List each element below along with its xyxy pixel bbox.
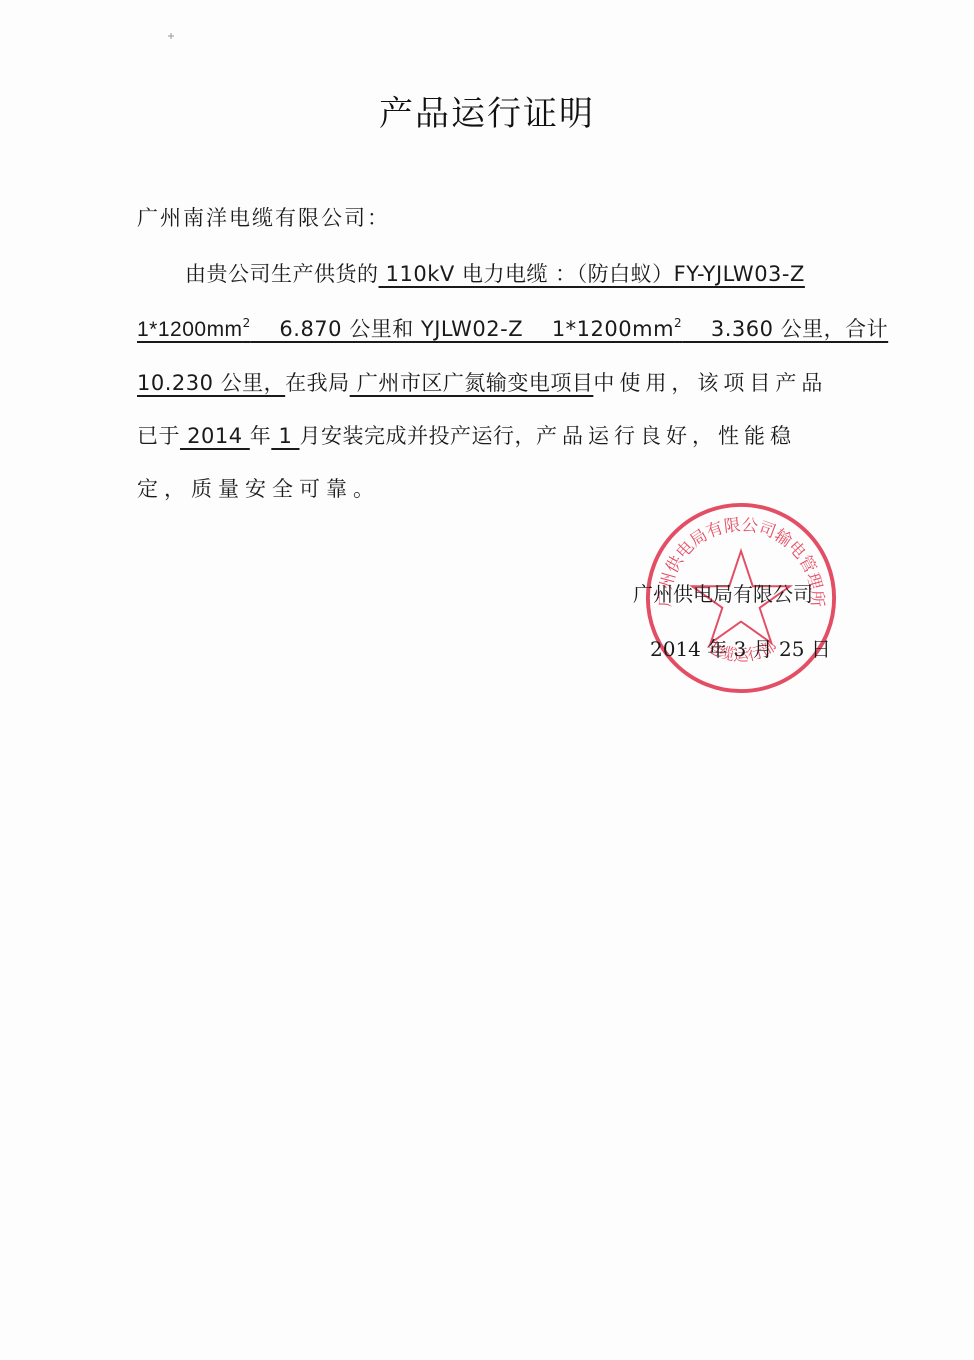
spec-size: 1*1200mm [137,318,243,341]
product-spec: 110kV 电力电缆 ：（防白蚁）FY-YJLW03-Z [379,262,805,286]
superscript: 2 [243,316,251,330]
body-text: 年 [250,424,272,448]
salutation: 广州南洋电缆有限公司： [137,202,390,232]
product-spec-2: 1*1200mm2 6.870 公里和 YJLW02-Z 1*1200mm2 3… [137,317,888,341]
install-year: 2014 [180,424,250,448]
body-text: 中使用，该项目产品 [593,371,827,395]
spec-length: 6.870 公里和 YJLW02-Z 1*1200mm [251,317,674,341]
body-line-5: 定，质量安全可靠。 [137,473,380,503]
document-title: 产品运行证明 [0,86,974,135]
body-line-3: 10.230 公里，在我局 广州市区广氮输变电项目中使用，该项目产品 [137,367,827,397]
total-length: 10.230 公里， [137,371,285,395]
install-month: 1 [271,424,299,448]
signing-date: 2014 年 3 月 25 日 [650,633,831,662]
body-line-4: 已于 2014 年 1 月安装完成并投产运行，产品运行良好，性能稳 [137,420,796,450]
body-text: 由贵公司生产供货的 [185,262,379,286]
project-name: 广州市区广氮输变电项目 [350,371,594,395]
signing-organization: 广州供电局有限公司 [633,578,813,607]
body-text: 在我局 [285,371,350,395]
document-page: 产品运行证明 广州南洋电缆有限公司： 由贵公司生产供货的 110kV 电力电缆 … [0,0,974,1360]
superscript: 2 [674,316,682,330]
body-text: 产品运行良好，性能稳 [536,424,796,448]
body-text: 已于 [137,424,180,448]
body-text: 月安装完成并投产运行， [300,424,537,448]
scan-mark [168,33,174,39]
body-line-2: 1*1200mm2 6.870 公里和 YJLW02-Z 1*1200mm2 3… [137,313,888,343]
body-line-1: 由贵公司生产供货的 110kV 电力电缆 ：（防白蚁）FY-YJLW03-Z [185,258,805,288]
spec-length-2: 3.360 公里，合计 [682,317,888,341]
